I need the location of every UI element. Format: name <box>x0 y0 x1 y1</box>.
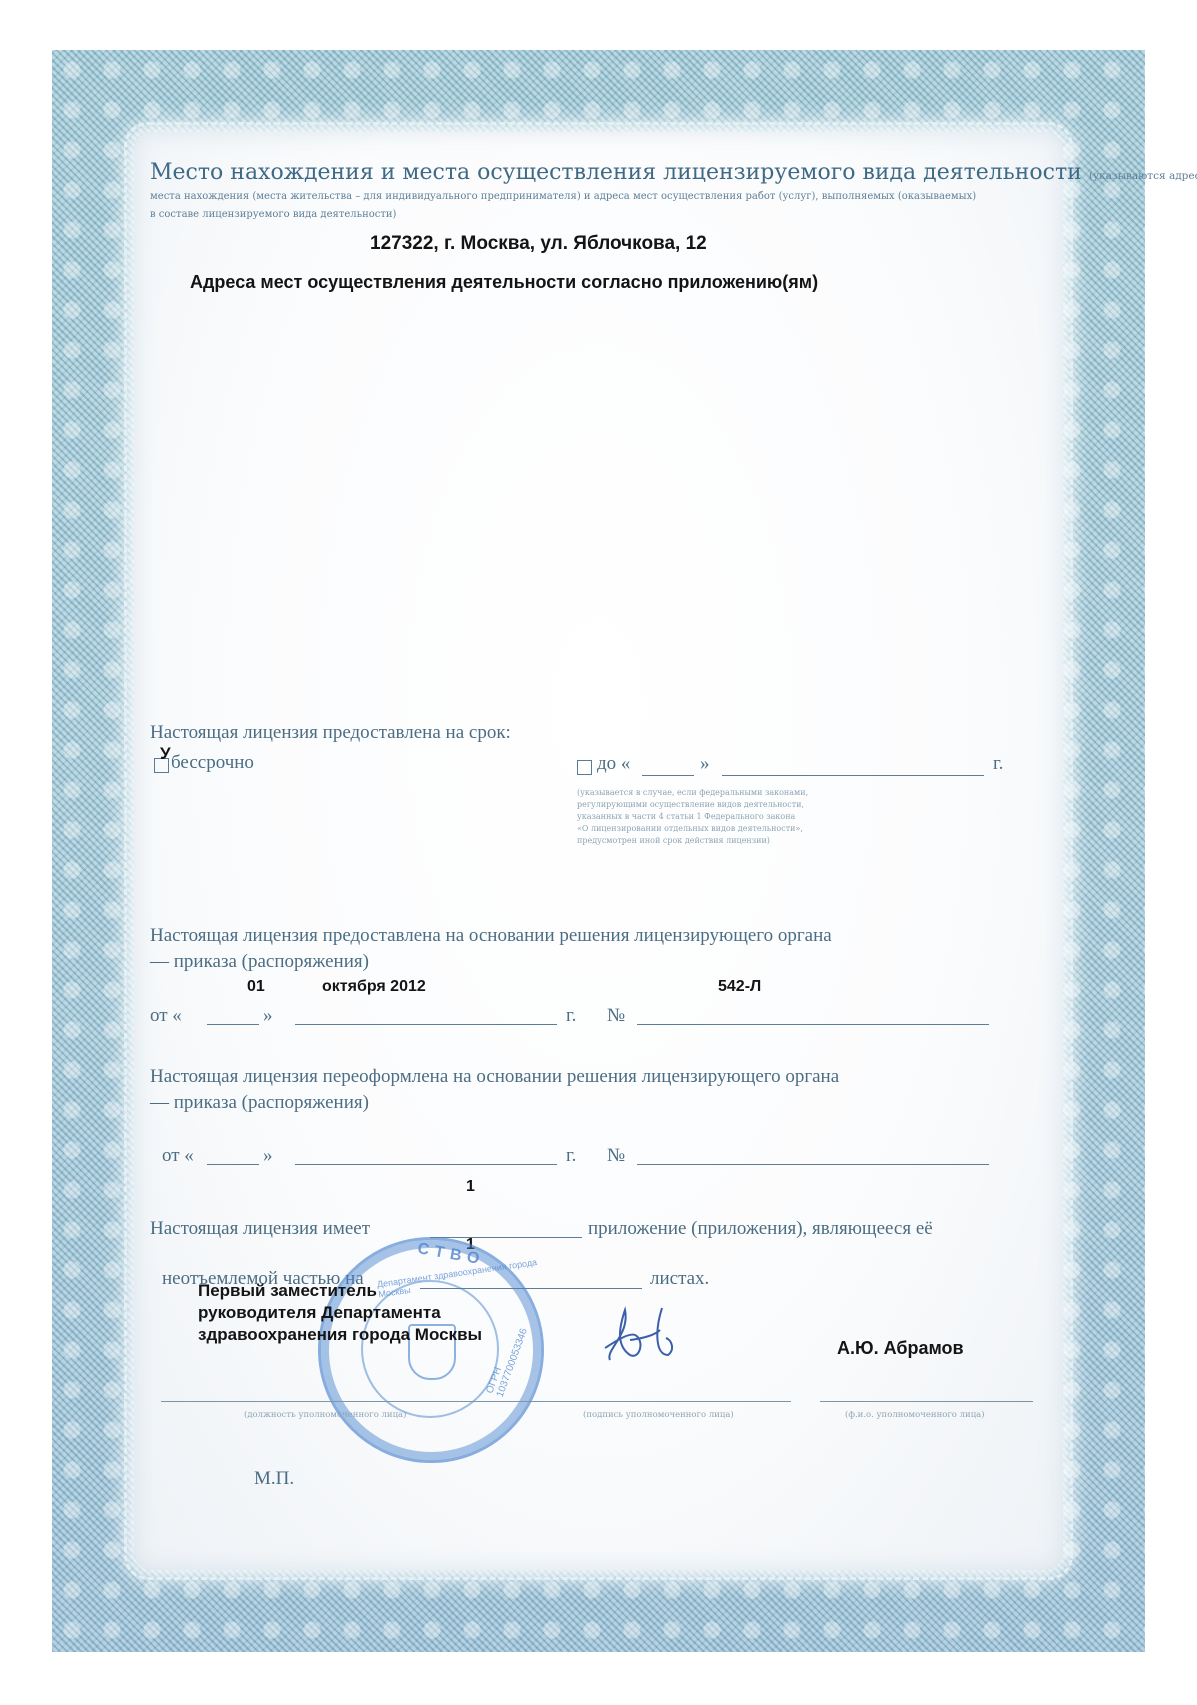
signatory-position-line: Первый заместитель <box>198 1280 482 1302</box>
granted-month-year: октября 2012 <box>322 978 426 996</box>
caption-signature: (подпись уполномоченного лица) <box>583 1410 734 1420</box>
until-note-line: «О лицензировании отдельных видов деятел… <box>577 823 808 835</box>
granted-number-line <box>637 1024 989 1025</box>
caption-position: (должность уполномоченного лица) <box>244 1410 406 1420</box>
until-year-suffix: г. <box>993 753 1003 775</box>
granted-heading-1: Настоящая лицензия предоставлена на осно… <box>150 925 832 947</box>
granted-day-line <box>207 1024 259 1025</box>
until-prefix: до « <box>597 753 630 775</box>
signatory-position: Первый заместитель руководителя Департам… <box>198 1280 482 1346</box>
caption-name: (ф.и.о. уполномоченного лица) <box>845 1410 985 1420</box>
granted-year-suffix: г. <box>566 1005 576 1027</box>
granted-day: 01 <box>247 978 265 996</box>
location-heading-note: (указываются адрес <box>1089 170 1197 182</box>
unlimited-label: бессрочно <box>171 752 254 774</box>
address-value: 127322, г. Москва, ул. Яблочкова, 12 <box>370 233 707 255</box>
signature-line <box>541 1401 791 1402</box>
granted-month-line <box>295 1024 557 1025</box>
granted-from-prefix: от « <box>150 1005 182 1027</box>
granted-number: 542-Л <box>718 978 761 996</box>
until-date-checkbox[interactable] <box>577 760 592 775</box>
appendix-count: 1 <box>466 1178 475 1196</box>
until-note-line: предусмотрен иной срок действия лицензии… <box>577 835 808 847</box>
until-month-line <box>722 775 984 776</box>
location-heading: Место нахождения и места осуществления л… <box>150 160 1197 185</box>
reissued-year-suffix: г. <box>566 1145 576 1167</box>
appendix-line2-suffix: листах. <box>650 1268 709 1290</box>
location-heading-note-3: в составе лицензируемого вида деятельнос… <box>150 209 396 220</box>
position-line <box>161 1401 541 1402</box>
granted-number-label: № <box>607 1005 625 1027</box>
reissued-heading-1: Настоящая лицензия переоформлена на осно… <box>150 1066 839 1088</box>
reissued-day-line <box>207 1164 259 1165</box>
until-note-line: указанных в части 4 статьи 1 Федеральног… <box>577 811 808 823</box>
until-note: (указывается в случае, если федеральными… <box>577 787 808 847</box>
until-mid: » <box>700 753 710 775</box>
appendix-prefix: Настоящая лицензия имеет <box>150 1218 370 1240</box>
term-heading: Настоящая лицензия предоставлена на срок… <box>150 722 511 744</box>
until-day-line <box>642 775 694 776</box>
signatory-position-line: здравоохранения города Москвы <box>198 1324 482 1346</box>
reissued-number-line <box>637 1164 989 1165</box>
check-mark: У <box>160 744 171 764</box>
name-line <box>820 1401 1033 1402</box>
location-heading-note-2: места нахождения (места жительства – для… <box>150 191 976 202</box>
until-note-line: (указывается в случае, если федеральными… <box>577 787 808 799</box>
granted-heading-2: — приказа (распоряжения) <box>150 951 369 973</box>
official-stamp: СТВО Департамент здравоохранения города … <box>318 1237 544 1463</box>
reissued-number-label: № <box>607 1145 625 1167</box>
location-heading-text: Место нахождения и места осуществления л… <box>150 160 1082 185</box>
reissued-from-prefix: от « <box>162 1145 194 1167</box>
reissued-month-line <box>295 1164 557 1165</box>
signatory-position-line: руководителя Департамента <box>198 1302 482 1324</box>
appendix-suffix: приложение (приложения), являющееся её <box>588 1218 933 1240</box>
signatory-name: А.Ю. Абрамов <box>837 1338 964 1359</box>
seal-place: М.П. <box>254 1468 294 1490</box>
granted-from-mid: » <box>263 1005 273 1027</box>
reissued-heading-2: — приказа (распоряжения) <box>150 1092 369 1114</box>
signature-icon <box>600 1300 690 1370</box>
until-note-line: регулирующими осуществление видов деятел… <box>577 799 808 811</box>
reissued-from-mid: » <box>263 1145 273 1167</box>
addresses-note: Адреса мест осуществления деятельности с… <box>190 272 818 293</box>
appendix-count-line <box>430 1237 582 1238</box>
